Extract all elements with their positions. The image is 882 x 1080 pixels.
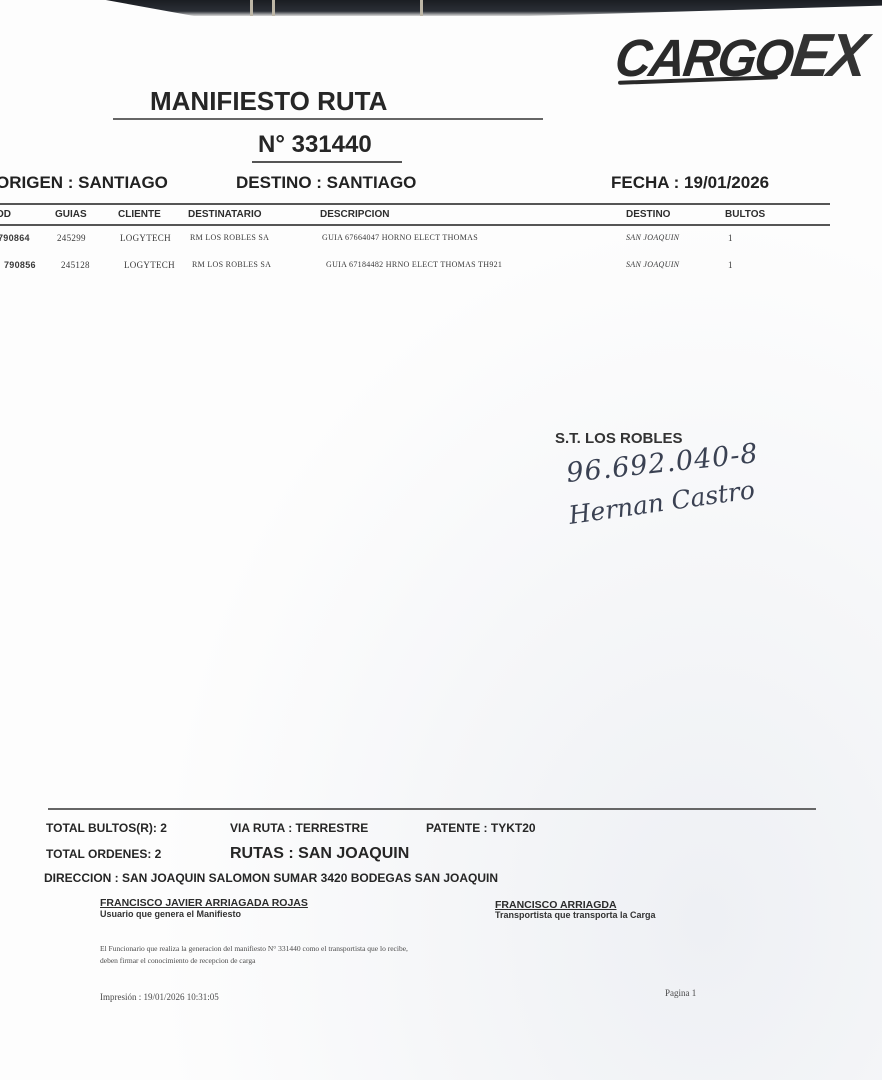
cell-guias: 245128 <box>61 260 90 270</box>
column-destino: DESTINO <box>626 209 670 220</box>
manifest-number: N° 331440 <box>258 131 372 159</box>
print-timestamp: Impresión : 19/01/2026 10:31:05 <box>100 992 219 1002</box>
notice-line-1: El Funcionario que realiza la generacion… <box>100 944 408 953</box>
origin-label: ORIGEN : SANTIAGO <box>0 173 168 193</box>
via-ruta: VIA RUTA : TERRESTRE <box>230 821 368 835</box>
destination-label: DESTINO : SANTIAGO <box>236 173 416 193</box>
cell-cliente: LOGYTECH <box>124 260 175 270</box>
page-number: Pagina 1 <box>665 988 696 998</box>
column-guias: GUIAS <box>55 209 87 220</box>
cell-bultos: 1 <box>728 233 733 243</box>
cell-cliente: LOGYTECH <box>120 233 171 243</box>
column-od: OD <box>0 209 11 220</box>
logo-text-accent: EX <box>788 21 871 89</box>
rutas: RUTAS : SAN JOAQUIN <box>230 845 409 863</box>
cell-destino: SAN JOAQUIN <box>626 260 679 269</box>
background-stripe <box>420 0 423 16</box>
signer-user-role: Usuario que genera el Manifiesto <box>100 909 241 919</box>
column-destinatario: DESTINATARIO <box>188 209 262 220</box>
patente: PATENTE : TYKT20 <box>426 821 536 835</box>
title-underline <box>113 118 543 120</box>
cell-od: 790864 <box>0 233 30 243</box>
cell-od: 790856 <box>4 260 36 270</box>
total-ordenes: TOTAL ORDENES: 2 <box>46 847 161 861</box>
notice-line-2: deben firmar el conocimiento de recepcio… <box>100 956 255 965</box>
column-bultos: BULTOS <box>725 209 765 220</box>
table-top-rule <box>0 203 830 205</box>
date-label: FECHA : 19/01/2026 <box>611 173 769 193</box>
cell-guias: 245299 <box>57 233 86 243</box>
number-underline <box>252 161 402 163</box>
column-descripcion: DESCRIPCION <box>320 209 389 220</box>
cell-descripcion: GUIA 67184482 HRNO ELECT THOMAS TH921 <box>326 260 502 269</box>
cell-destinatario: RM LOS ROBLES SA <box>190 233 269 242</box>
signer-user-name: FRANCISCO JAVIER ARRIAGADA ROJAS <box>100 897 308 909</box>
footer-rule <box>48 808 816 810</box>
cell-bultos: 1 <box>728 260 733 270</box>
column-cliente: CLIENTE <box>118 209 161 220</box>
photo-background-edge <box>0 0 882 16</box>
cell-destinatario: RM LOS ROBLES SA <box>192 260 271 269</box>
signer-carrier-role: Transportista que transporta la Carga <box>495 910 656 920</box>
table-header-rule <box>0 224 830 226</box>
background-stripe <box>272 0 275 16</box>
cell-destino: SAN JOAQUIN <box>626 233 679 242</box>
receiver-stamp: S.T. LOS ROBLES <box>555 430 683 447</box>
total-bultos: TOTAL BULTOS(R): 2 <box>46 821 167 835</box>
cell-descripcion: GUIA 67664047 HORNO ELECT THOMAS <box>322 233 478 242</box>
background-stripe <box>250 0 253 16</box>
document-title: MANIFIESTO RUTA <box>150 86 387 117</box>
direccion: DIRECCION : SAN JOAQUIN SALOMON SUMAR 34… <box>44 871 498 885</box>
